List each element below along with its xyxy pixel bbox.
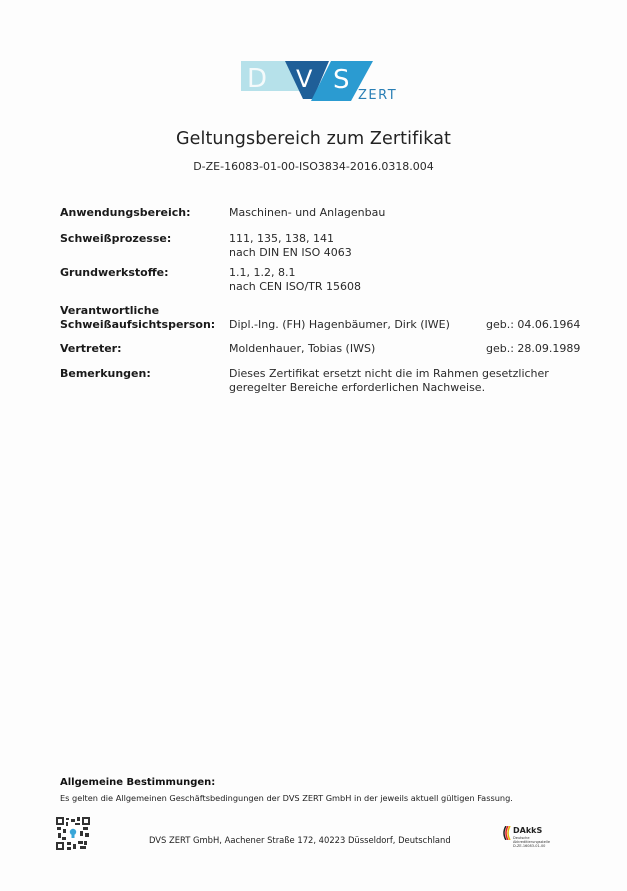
field-label-line: Verantwortliche [60, 304, 225, 318]
logo-sub: ZERT [358, 88, 397, 103]
field-value-line: geregelter Bereiche erforderlichen Nachw… [229, 381, 589, 395]
birth-date: geb.: 28.09.1989 [486, 342, 580, 356]
field-label-line: Schweißaufsichtsperson: [60, 318, 225, 332]
general-terms-heading: Allgemeine Bestimmungen: [60, 777, 215, 788]
dakks-subtitle: Deutsche Akkreditierungsstelle D-ZE-1608… [513, 836, 573, 848]
certificate-page: D V S ZERT Geltungsbereich zum Zertifika… [0, 0, 627, 891]
field-label: Bemerkungen: [60, 367, 225, 381]
field-value: Maschinen- und Anlagenbau [229, 206, 529, 220]
document-title: Geltungsbereich zum Zertifikat [0, 129, 627, 149]
field-value-line: 111, 135, 138, 141 [229, 232, 529, 246]
svg-text:V: V [296, 65, 313, 93]
field-label: Anwendungsbereich: [60, 206, 225, 220]
field-label: Vertreter: [60, 342, 225, 356]
logo-letter-d: D [247, 64, 267, 94]
certificate-number: D-ZE-16083-01-00-ISO3834-2016.0318.004 [0, 160, 627, 173]
field-value: 111, 135, 138, 141 nach DIN EN ISO 4063 [229, 232, 529, 260]
dakks-logo-icon [502, 826, 512, 840]
field-value: 1.1, 1.2, 8.1 nach CEN ISO/TR 15608 [229, 266, 529, 294]
field-label: Schweißprozesse: [60, 232, 225, 246]
company-address: DVS ZERT GmbH, Aachener Straße 172, 4022… [149, 835, 451, 845]
field-value: Dipl.-Ing. (FH) Hagenbäumer, Dirk (IWE) [229, 318, 529, 332]
qr-code-icon [56, 817, 90, 850]
field-value: Dieses Zertifikat ersetzt nicht die im R… [229, 367, 589, 395]
general-terms-text: Es gelten die Allgemeinen Geschäftsbedin… [60, 793, 513, 803]
field-value-line: nach DIN EN ISO 4063 [229, 246, 529, 260]
svg-text:S: S [333, 65, 350, 95]
field-value-line: nach CEN ISO/TR 15608 [229, 280, 529, 294]
field-value-line: Dieses Zertifikat ersetzt nicht die im R… [229, 367, 589, 381]
field-value: Moldenhauer, Tobias (IWS) [229, 342, 529, 356]
field-label: Verantwortliche Schweißaufsichtsperson: [60, 304, 225, 332]
dakks-accreditation-mark: DAkkS Deutsche Akkreditierungsstelle D-Z… [500, 826, 570, 856]
dvs-zert-logo: D V S ZERT [241, 61, 411, 103]
birth-date: geb.: 04.06.1964 [486, 318, 580, 332]
dakks-sub-line: D-ZE-16083-01-00 [513, 844, 573, 848]
field-label: Grundwerkstoffe: [60, 266, 225, 280]
field-value-line: 1.1, 1.2, 8.1 [229, 266, 529, 280]
dakks-name: DAkkS [513, 826, 542, 835]
